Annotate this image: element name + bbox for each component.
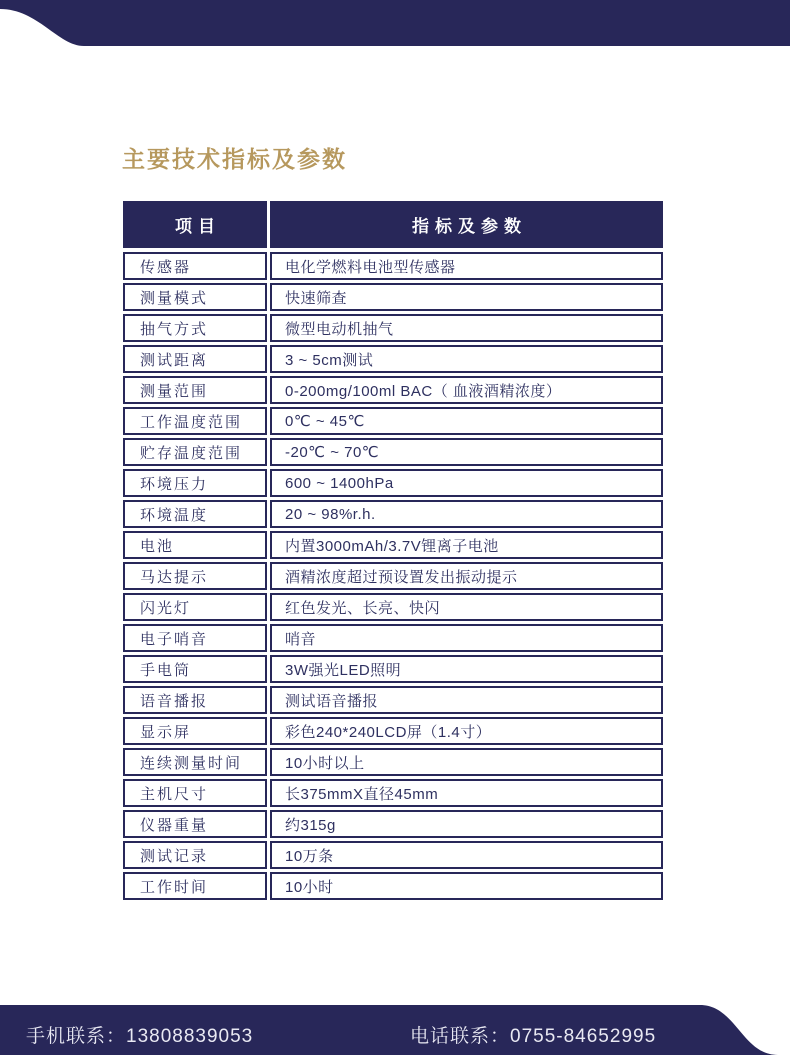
table-row: 贮存温度范围 -20℃ ~ 70℃ [123,438,663,466]
spec-value: 10小时以上 [270,748,663,776]
spec-value: 红色发光、长亮、快闪 [270,593,663,621]
spec-label: 主机尺寸 [123,779,267,807]
table-row: 工作温度范围 0℃ ~ 45℃ [123,407,663,435]
spec-table-body: 传感器 电化学燃料电池型传感器 测量模式 快速筛查 抽气方式 微型电动机抽气 测… [123,252,663,900]
table-row: 测试记录 10万条 [123,841,663,869]
spec-label: 工作时间 [123,872,267,900]
header-item-column: 项目 [123,201,267,248]
spec-label: 测量范围 [123,376,267,404]
spec-value: 微型电动机抽气 [270,314,663,342]
top-corner-decoration [0,0,790,48]
table-row: 测量范围 0-200mg/100ml BAC（ 血液酒精浓度） [123,376,663,404]
spec-value: 约315g [270,810,663,838]
spec-value: -20℃ ~ 70℃ [270,438,663,466]
spec-value: 长375mmX直径45mm [270,779,663,807]
spec-value: 0℃ ~ 45℃ [270,407,663,435]
header-params-column: 指标及参数 [270,201,663,248]
mobile-contact-label: 手机联系： [26,1026,126,1047]
phone-contact-number: 0755-84652995 [510,1026,656,1047]
table-row: 显示屏 彩色240*240LCD屏（1.4寸） [123,717,663,745]
spec-label: 电子哨音 [123,624,267,652]
table-row: 主机尺寸 长375mmX直径45mm [123,779,663,807]
table-row: 工作时间 10小时 [123,872,663,900]
table-row: 测试距离 3 ~ 5cm测试 [123,345,663,373]
table-row: 电池 内置3000mAh/3.7V锂离子电池 [123,531,663,559]
spec-value: 快速筛查 [270,283,663,311]
table-row: 连续测量时间 10小时以上 [123,748,663,776]
table-row: 闪光灯 红色发光、长亮、快闪 [123,593,663,621]
spec-label: 语音播报 [123,686,267,714]
table-row: 仪器重量 约315g [123,810,663,838]
footer-mobile-contact: 手机联系：13808839053 [26,1021,253,1048]
spec-label: 工作温度范围 [123,407,267,435]
spec-label: 手电筒 [123,655,267,683]
spec-value: 内置3000mAh/3.7V锂离子电池 [270,531,663,559]
spec-label: 测试记录 [123,841,267,869]
spec-value: 600 ~ 1400hPa [270,469,663,497]
table-row: 传感器 电化学燃料电池型传感器 [123,252,663,280]
spec-label: 传感器 [123,252,267,280]
table-row: 环境压力 600 ~ 1400hPa [123,469,663,497]
spec-label: 仪器重量 [123,810,267,838]
table-row: 手电筒 3W强光LED照明 [123,655,663,683]
table-row: 电子哨音 哨音 [123,624,663,652]
spec-label: 抽气方式 [123,314,267,342]
spec-value: 10万条 [270,841,663,869]
spec-table-header: 项目 指标及参数 [123,201,663,248]
spec-label: 电池 [123,531,267,559]
page-title: 主要技术指标及参数 [122,141,347,174]
spec-label: 贮存温度范围 [123,438,267,466]
spec-table: 项目 指标及参数 传感器 电化学燃料电池型传感器 测量模式 快速筛查 抽气方式 … [123,201,663,900]
spec-value: 3W强光LED照明 [270,655,663,683]
spec-value: 电化学燃料电池型传感器 [270,252,663,280]
spec-label: 环境温度 [123,500,267,528]
spec-label: 环境压力 [123,469,267,497]
table-row: 语音播报 测试语音播报 [123,686,663,714]
spec-label: 测量模式 [123,283,267,311]
spec-label: 显示屏 [123,717,267,745]
spec-value: 测试语音播报 [270,686,663,714]
spec-value: 哨音 [270,624,663,652]
spec-value: 10小时 [270,872,663,900]
table-row: 环境温度 20 ~ 98%r.h. [123,500,663,528]
spec-label: 闪光灯 [123,593,267,621]
spec-value: 3 ~ 5cm测试 [270,345,663,373]
mobile-contact-number: 13808839053 [126,1026,253,1047]
table-row: 抽气方式 微型电动机抽气 [123,314,663,342]
footer-phone-contact: 电话联系：0755-84652995 [410,1021,656,1048]
table-row: 测量模式 快速筛查 [123,283,663,311]
spec-value: 彩色240*240LCD屏（1.4寸） [270,717,663,745]
spec-label: 连续测量时间 [123,748,267,776]
spec-value: 20 ~ 98%r.h. [270,500,663,528]
spec-label: 测试距离 [123,345,267,373]
table-row: 马达提示 酒精浓度超过预设置发出振动提示 [123,562,663,590]
spec-value: 0-200mg/100ml BAC（ 血液酒精浓度） [270,376,663,404]
spec-value: 酒精浓度超过预设置发出振动提示 [270,562,663,590]
spec-label: 马达提示 [123,562,267,590]
phone-contact-label: 电话联系： [410,1026,510,1047]
